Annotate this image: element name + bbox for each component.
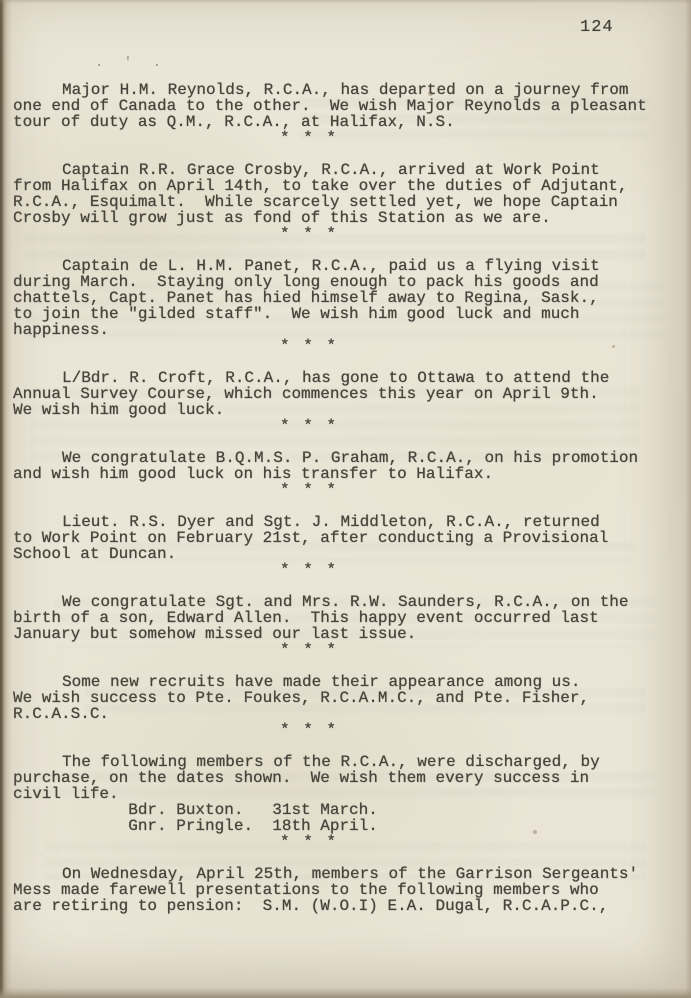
paragraph-discharges: The following members of the R.C.A., wer… xyxy=(13,754,678,834)
section-separator: * * * xyxy=(280,642,338,658)
section-separator: * * * xyxy=(280,226,338,242)
page-bottom-edge-shadow xyxy=(0,988,691,998)
section-separator: * * * xyxy=(280,834,338,850)
paragraph-recruits: Some new recruits have made their appear… xyxy=(13,674,678,722)
scanned-document-page: 124 . ' . Major H.M. Reynolds, R.C.A., h… xyxy=(0,0,691,998)
section-separator: * * * xyxy=(280,482,338,498)
stray-typed-marks: . ' . xyxy=(95,55,167,71)
paragraph-dyer-middleton: Lieut. R.S. Dyer and Sgt. J. Middleton, … xyxy=(13,514,678,562)
paragraph-crosby: Captain R.R. Grace Crosby, R.C.A., arriv… xyxy=(13,162,678,226)
section-separator: * * * xyxy=(280,562,338,578)
page-left-edge-shadow xyxy=(0,0,12,998)
page-top-edge-shadow xyxy=(0,0,691,4)
section-separator: * * * xyxy=(280,130,338,146)
paragraph-panet: Captain de L. H.M. Panet, R.C.A., paid u… xyxy=(13,258,678,338)
paragraph-graham: We congratulate B.Q.M.S. P. Graham, R.C.… xyxy=(13,450,678,482)
paragraph-sergeants-mess: On Wednesday, April 25th, members of the… xyxy=(13,866,678,914)
section-separator: * * * xyxy=(280,338,338,354)
page-right-edge-shadow xyxy=(685,0,691,998)
page-content: Major H.M. Reynolds, R.C.A., has departe… xyxy=(13,82,678,914)
page-number: 124 xyxy=(580,19,614,36)
paragraph-saunders: We congratulate Sgt. and Mrs. R.W. Saund… xyxy=(13,594,678,642)
paragraph-croft: L/Bdr. R. Croft, R.C.A., has gone to Ott… xyxy=(13,370,678,418)
section-separator: * * * xyxy=(280,722,338,738)
paragraph-reynolds: Major H.M. Reynolds, R.C.A., has departe… xyxy=(13,82,678,130)
section-separator: * * * xyxy=(280,418,338,434)
